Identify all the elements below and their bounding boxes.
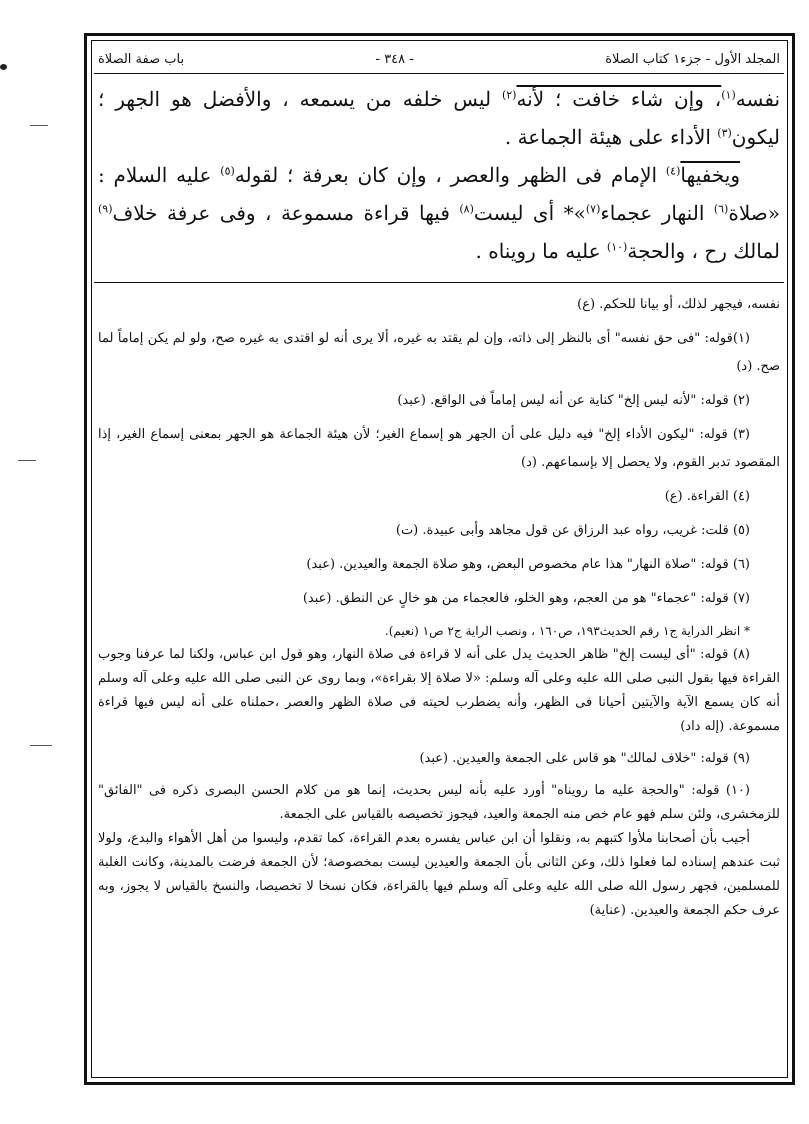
main-paragraph-2: ويخفيها(٤) الإمام فى الظهر والعصر ، وإن …	[98, 156, 780, 270]
main-paragraph-1: نفسه(١)، وإن شاء خافت ؛ لأنه(٢) ليس خلفه…	[98, 80, 780, 156]
footnote-6: (٦) قوله: "صلاة النهار" هذا عام مخصوص ال…	[98, 551, 780, 579]
running-header: المجلد الأول - جزء١ كتاب الصلاة - ٣٤٨ - …	[94, 46, 784, 74]
main-text-span: عليه ما رويناه .	[476, 239, 607, 263]
footnote-marker: (٦)	[714, 202, 729, 215]
footnote-marker: (٢)	[502, 88, 517, 101]
main-text-span: فيها قراءة مسموعة ، وفى عرفة خلاف	[113, 201, 460, 225]
main-text-span: الإمام فى الظهر والعصر ، وإن كان بعرفة ؛…	[235, 163, 666, 187]
footnote-8: (٨) قوله: "أى ليست إلخ" ظاهر الحديث يدل …	[98, 643, 780, 739]
scan-mark	[18, 460, 36, 461]
footnote-4: (٤) القراءة. (ع)	[98, 483, 780, 511]
header-chapter: باب صفة الصلاة	[98, 52, 184, 67]
footnote-marker: (٧)	[586, 202, 601, 215]
scan-mark	[30, 125, 48, 126]
footnote-marker: (١)	[721, 88, 736, 101]
main-text-span: ، وإن شاء خافت ؛ لأنه	[516, 87, 721, 111]
footnote-marker: (٣)	[717, 126, 732, 139]
footnotes: نفسه، فيجهر لذلك، أو بيانا للحكم. (ع) (١…	[94, 291, 784, 923]
footnote-9: (٩) قوله: "خلاف لمالك" هو قاس على الجمعة…	[98, 745, 780, 773]
footnote-marker: (٥)	[220, 164, 235, 177]
scan-mark	[30, 745, 52, 746]
main-text-span: الأداء على هيئة الجماعة .	[505, 125, 717, 149]
scan-speck	[0, 64, 7, 70]
footnote-marker: (٩)	[98, 202, 113, 215]
header-volume-book: المجلد الأول - جزء١ كتاب الصلاة	[605, 52, 780, 67]
footnote-star-reference: * انظر الدراية ج١ رقم الحديث١٩٣، ص١٦٠ ، …	[98, 619, 780, 643]
footnote-5: (٥) قلت: غريب، رواه عبد الرزاق عن قول مج…	[98, 517, 780, 545]
footnote-marker: (٨)	[459, 202, 474, 215]
main-text-span: النهار عجماء	[600, 201, 713, 225]
footnote-3: (٣) قوله: "ليكون الأداء إلخ" فيه دليل عل…	[98, 421, 780, 477]
main-text-span: نفسه	[736, 87, 780, 111]
footnote-7: (٧) قوله: "عجماء" هو من العجم، وهو الخلو…	[98, 585, 780, 613]
main-text-span: »* أى ليست	[474, 201, 586, 225]
footnote-1: (١)قوله: "فى حق نفسه" أى بالنظر إلى ذاته…	[98, 325, 780, 381]
footnote-divider	[94, 282, 784, 283]
footnote-continuation: نفسه، فيجهر لذلك، أو بيانا للحكم. (ع)	[98, 291, 780, 319]
main-text: نفسه(١)، وإن شاء خافت ؛ لأنه(٢) ليس خلفه…	[94, 74, 784, 274]
footnote-marker: (٤)	[666, 164, 681, 177]
main-text-span: ويخفيها	[680, 163, 740, 187]
page-number: - ٣٤٨ -	[375, 52, 414, 67]
page-content: المجلد الأول - جزء١ كتاب الصلاة - ٣٤٨ - …	[94, 46, 784, 923]
footnote-10: (١٠) قوله: "والحجة عليه ما رويناه" أورد …	[98, 779, 780, 827]
main-text-span: لمالك رح ، والحجة	[627, 239, 780, 263]
footnote-10-continued: أجيب بأن أصحابنا ملأوا كتبهم به، ونقلوا …	[98, 827, 780, 923]
footnote-marker: (١٠)	[607, 240, 627, 253]
footnote-2: (٢) قوله: "لأنه ليس إلخ" كناية عن أنه لي…	[98, 387, 780, 415]
